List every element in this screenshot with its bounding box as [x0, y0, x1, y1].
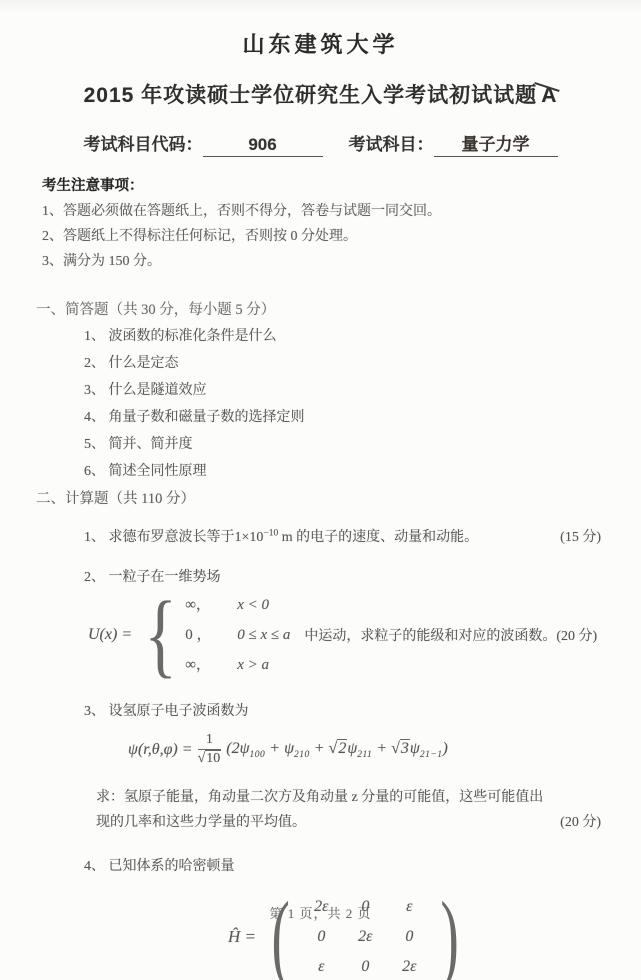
exam-title: 2015 年攻读硕士学位研究生入学考试初试试题A — [0, 79, 641, 109]
term: ) — [443, 740, 448, 757]
section1-items: 1、 波函数的标准化条件是什么 2、 什么是定态 3、 什么是隧道效应 4、 角… — [84, 323, 641, 485]
potential-formula: U(x) = { ∞， x < 0 0 ， 0 ≤ x ≤ a ∞， x > a… — [88, 590, 641, 680]
term: + ψ — [265, 740, 294, 757]
fraction-denominator: √10 — [198, 750, 222, 767]
question-item: 1、 波函数的标准化条件是什么 — [84, 323, 641, 350]
potential-lhs: U(x) = — [88, 626, 132, 644]
q1-value: 1×10 — [235, 530, 264, 545]
subscript: 211 — [357, 750, 372, 760]
q3-score: (20 分) — [560, 810, 601, 835]
sqrt-argument: 3 — [400, 739, 410, 757]
question-item: 2、 什么是定态 — [84, 350, 641, 377]
radical: √3 — [391, 739, 410, 757]
note-item: 2、答题纸上不得标注任何标记，否则按 0 分处理。 — [42, 224, 641, 249]
subject-code-value: 906 — [203, 135, 323, 157]
sqrt-symbol: √ — [391, 740, 400, 757]
subject-name-value: 量子力学 — [434, 130, 558, 157]
section2-heading: 二、计算题（共 110 分） — [36, 487, 641, 508]
subscript: 21−1 — [420, 750, 443, 760]
q2-score: (20 分) — [556, 629, 597, 644]
exam-variant-mark: A — [541, 84, 557, 108]
university-title: 山东建筑大学 — [0, 28, 641, 59]
hamiltonian-lhs: Ĥ = — [228, 927, 256, 947]
case-value: ∞， — [185, 650, 237, 680]
question-item: 5、 简并、简并度 — [84, 431, 641, 458]
radical: √2 — [329, 739, 348, 757]
matrix-cell: 2ε — [387, 958, 431, 976]
section1-heading: 一、简答题（共 30 分，每小题 5 分） — [36, 298, 641, 319]
case-condition: 0 ≤ x ≤ a — [237, 620, 290, 650]
term: (2ψ — [226, 740, 249, 757]
question-item: 6、 简述全同性原理 — [84, 458, 641, 485]
candidate-notes: 考生注意事项： 1、答题必须做在答题纸上，否则不得分，答卷与试题一同交回。 2、… — [42, 174, 641, 274]
exam-title-text: 2015 年攻读硕士学位研究生入学考试初试试题 — [84, 84, 538, 107]
q3-ask-line1: 求：氢原子能量，角动量二次方及角动量 z 分量的可能值，这些可能值出 — [96, 785, 601, 810]
case-row: ∞， x < 0 — [185, 590, 290, 620]
matrix-cell: ε — [299, 958, 343, 976]
notes-heading: 考生注意事项： — [42, 174, 641, 195]
fraction: 1 √10 — [198, 732, 222, 767]
q1-suffix: 的电子的速度、动量和动能。 — [296, 530, 478, 545]
operator: + — [310, 740, 329, 757]
matrix-cell: 0 — [299, 928, 343, 946]
piecewise-cases: ∞， x < 0 0 ， 0 ≤ x ≤ a ∞， x > a — [185, 590, 290, 680]
q1-exponent: −10 — [263, 528, 278, 538]
psi-lhs: ψ(r,θ,φ) = — [128, 741, 193, 759]
q3-ask-line2: 现的几率和这些力学量的平均值。 — [96, 810, 306, 835]
piecewise-brace: { — [144, 590, 176, 680]
subscript: 100 — [250, 750, 266, 760]
matrix-cell: 0 — [343, 958, 387, 976]
operator: + — [372, 740, 391, 757]
case-row: ∞， x > a — [185, 650, 290, 680]
exam-paper-page: 山东建筑大学 2015 年攻读硕士学位研究生入学考试初试试题A 考试科目代码：9… — [0, 0, 641, 980]
question-calc-4-intro: 4、 已知体系的哈密顿量 — [84, 855, 641, 875]
wavefunction-formula: ψ(r,θ,φ) = 1 √10 (2ψ100 + ψ210 + √2ψ211 … — [128, 732, 641, 767]
q3-ask: 求：氢原子能量，角动量二次方及角动量 z 分量的可能值，这些可能值出 现的几率和… — [96, 785, 601, 835]
psi-expansion: (2ψ100 + ψ210 + √2ψ211 + √3ψ21−1) — [226, 740, 448, 760]
subject-name-label: 考试科目： — [349, 135, 434, 154]
question-item: 3、 什么是隧道效应 — [84, 377, 641, 404]
term: ψ — [347, 740, 357, 757]
subscript: 210 — [294, 750, 310, 760]
sqrt-argument: 10 — [205, 750, 221, 766]
sqrt-symbol: √ — [329, 740, 338, 757]
subject-line: 考试科目代码：906考试科目：量子力学 — [0, 130, 641, 157]
question-calc-3-intro: 3、 设氢原子电子波函数为 — [84, 700, 641, 720]
question-item: 4、 角量子数和磁量子数的选择定则 — [84, 404, 641, 431]
q2-tail-text: 中运动，求粒子的能级和对应的波函数。 — [304, 629, 556, 644]
case-value: 0 ， — [185, 620, 237, 650]
matrix-cell: 2ε — [343, 928, 387, 946]
term: ψ — [410, 740, 420, 757]
matrix-cell: 0 — [387, 928, 431, 946]
hamiltonian-matrix: Ĥ = ( 2ε 0 ε 0 2ε 0 ε 0 2ε ) — [228, 887, 641, 980]
matrix-paren-open: ( — [271, 887, 289, 980]
q1-prefix: 1、 求德布罗意波长等于 — [84, 530, 235, 545]
note-item: 1、答题必须做在答题纸上，否则不得分，答卷与试题一同交回。 — [42, 199, 641, 224]
sqrt-argument: 2 — [337, 739, 347, 757]
q1-unit: m — [278, 530, 296, 545]
q1-score: (15 分) — [560, 526, 601, 546]
case-condition: x < 0 — [237, 590, 269, 620]
case-row: 0 ， 0 ≤ x ≤ a — [185, 620, 290, 650]
q1-text: 1、 求德布罗意波长等于1×10−10 m 的电子的速度、动量和动能。 — [84, 526, 478, 546]
subject-code-label: 考试科目代码： — [84, 135, 203, 154]
case-condition: x > a — [237, 650, 269, 680]
page-footer: 第 1 页，共 2 页 — [0, 903, 641, 922]
fraction-numerator: 1 — [198, 732, 222, 750]
case-value: ∞， — [185, 590, 237, 620]
note-item: 3、满分为 150 分。 — [42, 249, 641, 274]
question-calc-1: 1、 求德布罗意波长等于1×10−10 m 的电子的速度、动量和动能。 (15 … — [84, 526, 601, 546]
q2-tail: 中运动，求粒子的能级和对应的波函数。(20 分) — [304, 625, 597, 645]
matrix-paren-close: ) — [441, 887, 459, 980]
